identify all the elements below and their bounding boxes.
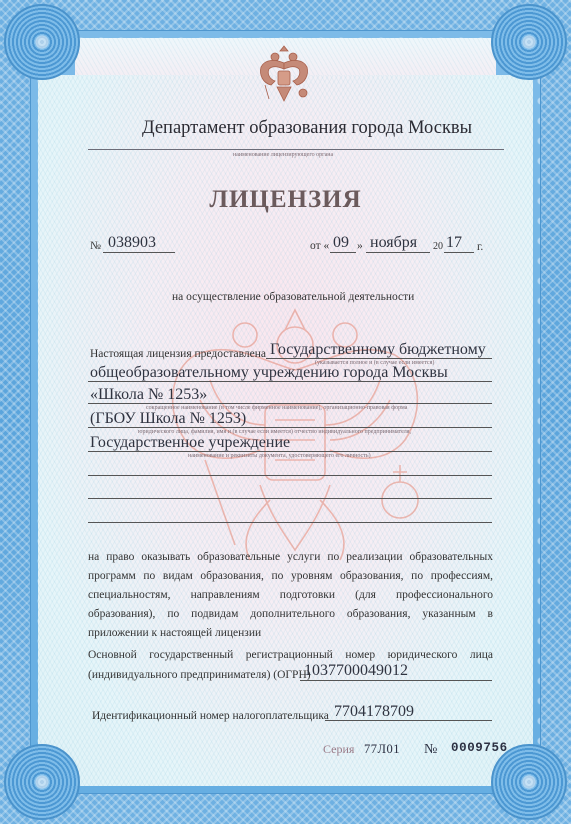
licensee-line-2: общеобразовательному учреждению города М…	[90, 364, 448, 382]
licensee-underline-3	[88, 403, 492, 404]
series-value: 77Л01	[364, 742, 400, 757]
year-suffix: г.	[477, 241, 483, 253]
licensee-underline-1	[266, 358, 492, 359]
document-title: ЛИЦЕНЗИЯ	[0, 186, 571, 214]
date-prefix: от «	[310, 240, 329, 252]
series-label: Серия	[323, 742, 354, 757]
ogrn-underline	[300, 680, 492, 681]
licensee-line-4: (ГБОУ Школа № 1253)	[90, 410, 246, 428]
licensee-line-3: «Школа № 1253»	[90, 386, 207, 404]
licensee-caption-4: наименование и реквизиты документа, удос…	[188, 453, 371, 459]
coat-of-arms-icon	[253, 45, 315, 107]
number-underline	[103, 252, 175, 253]
license-purpose: на осуществление образовательной деятель…	[172, 291, 414, 303]
issue-year: 17	[446, 234, 462, 252]
corner-rosette-icon	[491, 4, 567, 80]
issue-month: ноября	[370, 234, 417, 252]
ogrn-label-line-1: Основной государственный регистрационный…	[88, 646, 493, 665]
issuer-rule	[88, 149, 504, 150]
licensee-underline-4	[88, 427, 492, 428]
rights-paragraph: на право оказывать образовательные услуг…	[88, 548, 493, 643]
issuer-name: Департамент образования города Москвы	[142, 118, 472, 139]
licensee-underline-2	[88, 381, 492, 382]
month-underline	[366, 252, 430, 253]
licensee-underline-5	[88, 451, 492, 452]
licensee-line-5: Государственное учреждение	[90, 434, 290, 452]
number-label: №	[90, 240, 101, 252]
year-prefix: 20	[433, 241, 443, 252]
blank-line-2	[88, 498, 492, 499]
inn-underline	[325, 720, 492, 721]
day-suffix: »	[357, 240, 363, 252]
ogrn-value: 1037700049012	[304, 662, 408, 680]
inn-label: Идентификационный номер налогоплательщик…	[92, 710, 329, 722]
blank-line-3	[88, 522, 492, 523]
licensee-line-1: Государственному бюджетному	[270, 341, 486, 359]
issuer-caption: наименование лицензирующего органа	[233, 152, 333, 158]
corner-rosette-icon	[4, 744, 80, 820]
form-number-label: №	[424, 742, 438, 758]
issue-day: 09	[333, 234, 349, 252]
day-underline	[330, 252, 356, 253]
ogrn-label-line-2: (индивидуального предпринимателя) (ОГРН)	[88, 669, 311, 681]
license-number: 038903	[108, 234, 156, 252]
year-underline	[444, 252, 474, 253]
corner-rosette-icon	[491, 744, 567, 820]
corner-rosette-icon	[4, 4, 80, 80]
inn-value: 7704178709	[334, 703, 414, 721]
granted-to-label: Настоящая лицензия предоставлена	[90, 348, 266, 360]
form-number: 0009756	[451, 741, 508, 755]
blank-line-1	[88, 475, 492, 476]
